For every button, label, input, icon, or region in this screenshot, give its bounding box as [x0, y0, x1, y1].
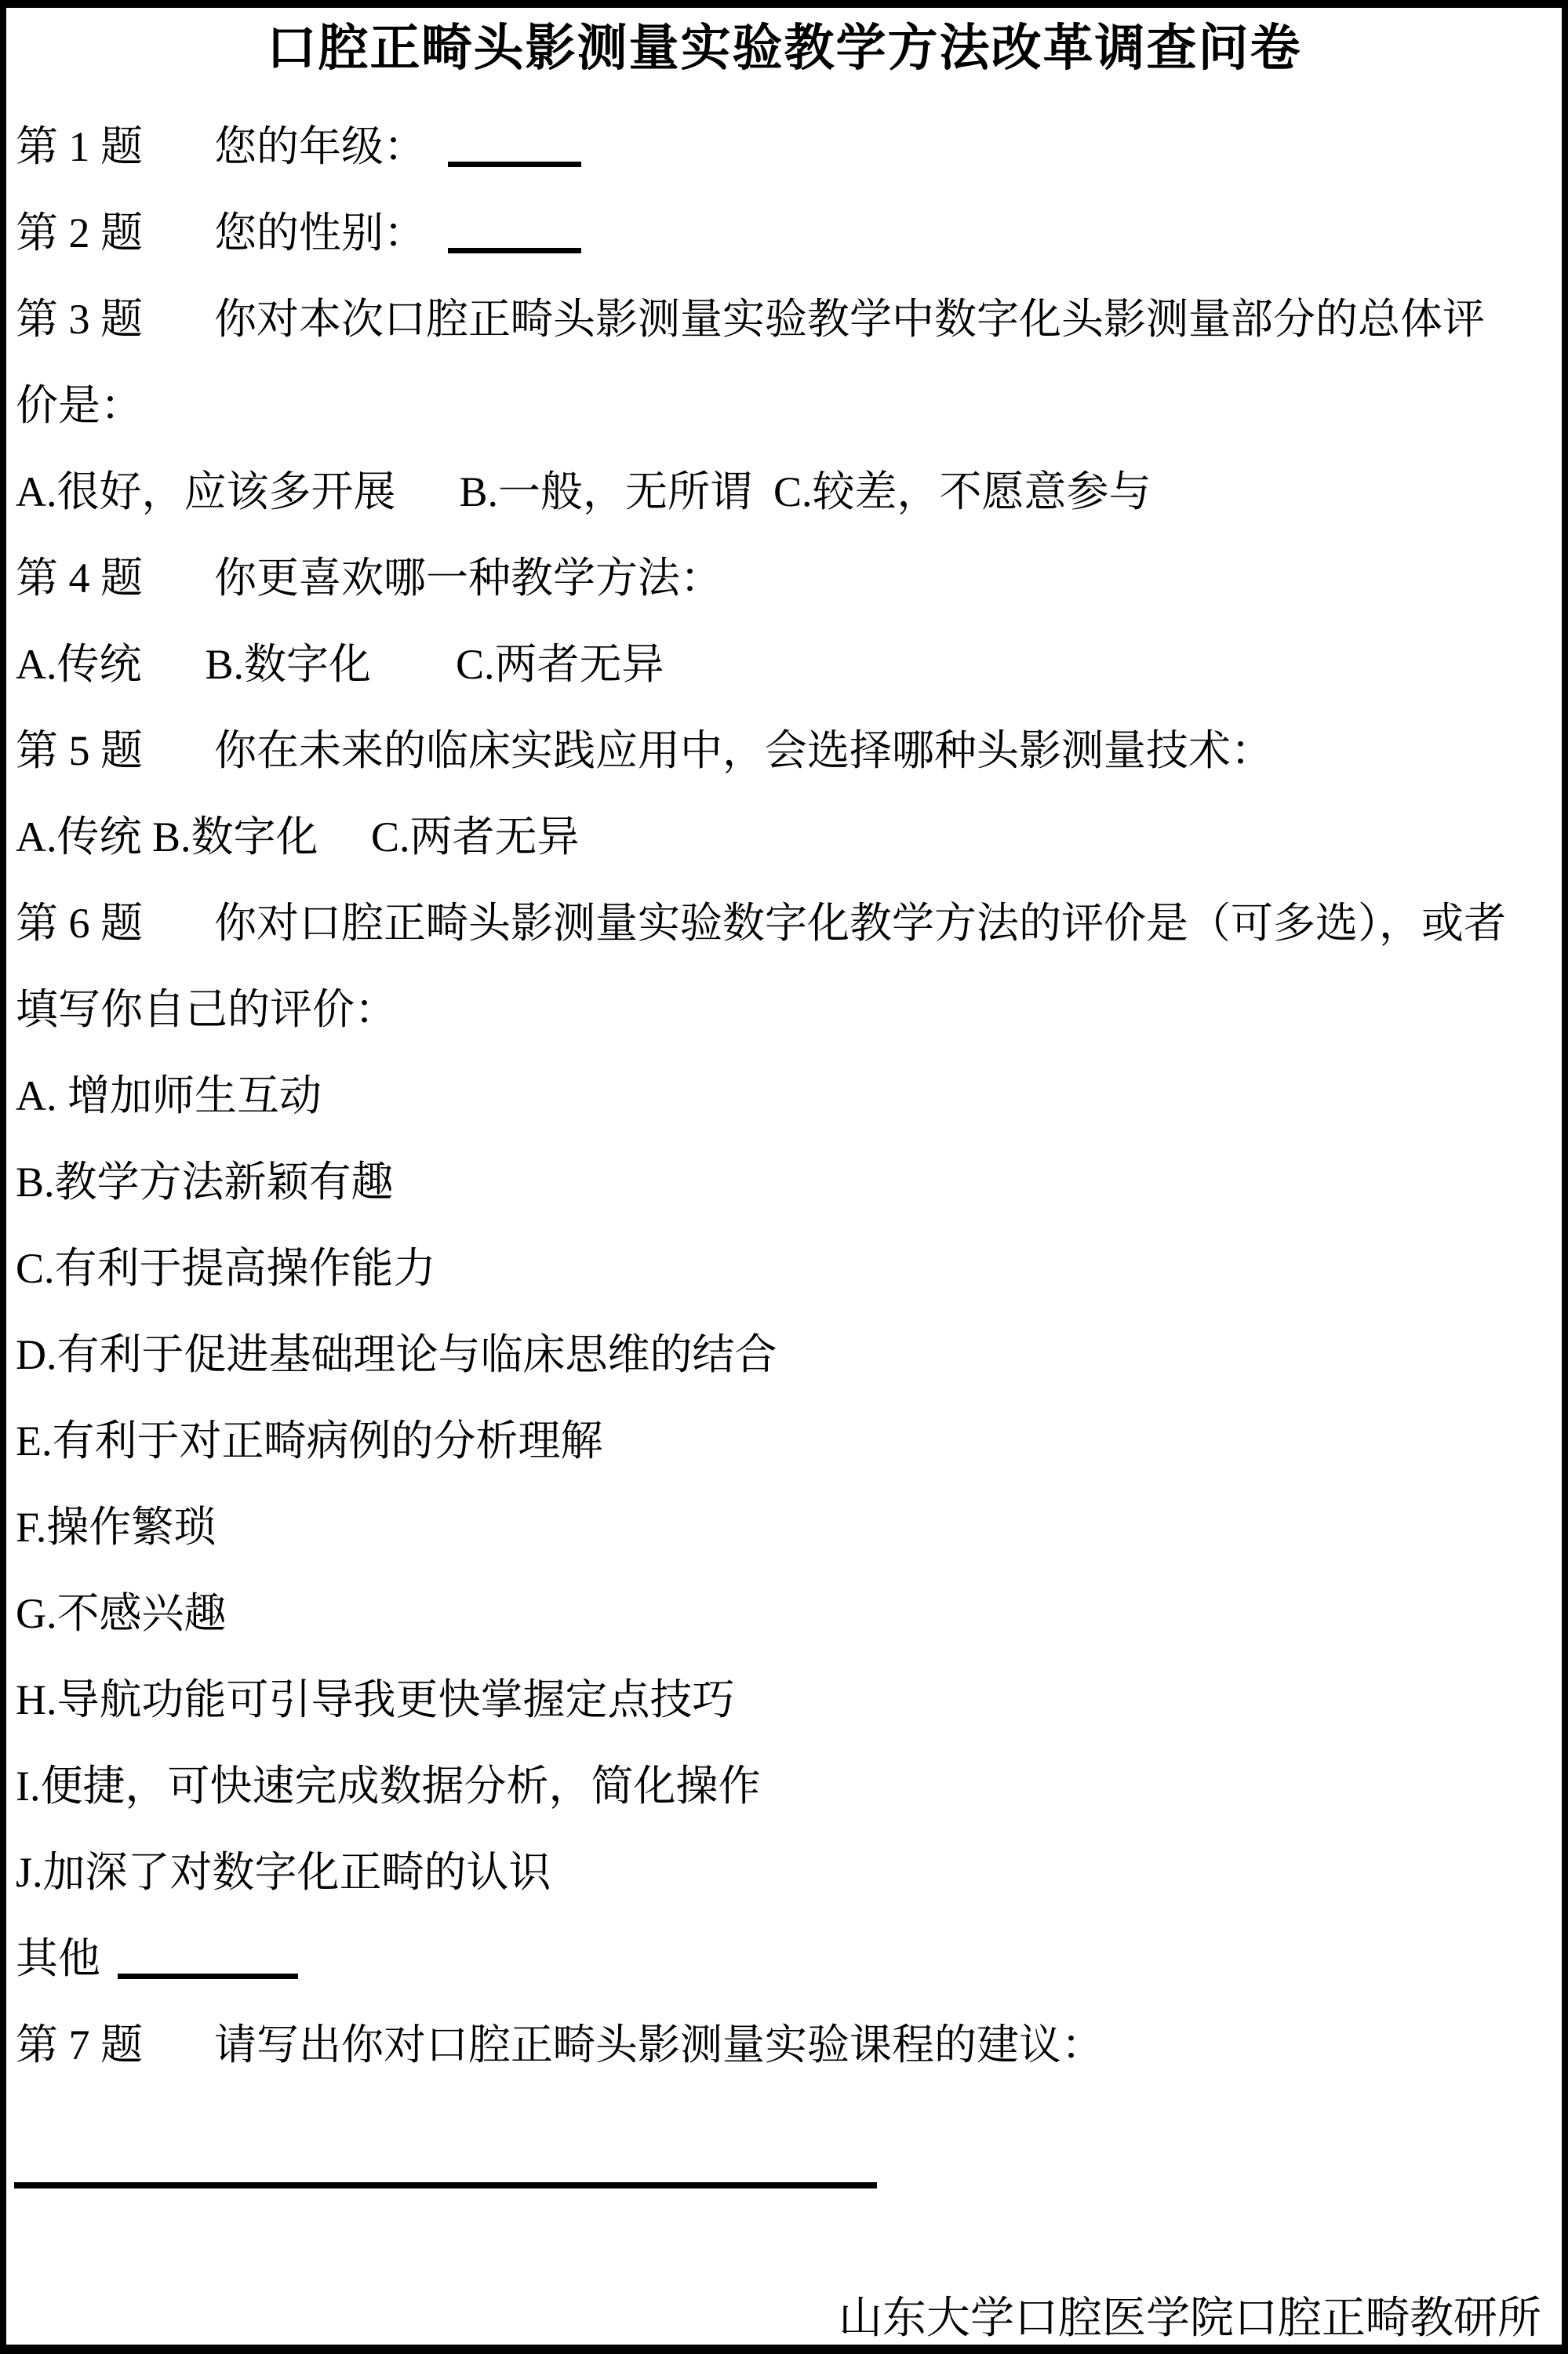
question-5-options-row: A.传统 B.数字化 C.两者无异	[6, 794, 1562, 880]
question-7-number: 第 7 题	[16, 2002, 214, 2088]
question-5-text: 你在未来的临床实践应用中，会选择哪种头影测量技术：	[214, 727, 1273, 774]
q6-option-e: E.有利于对正畸病例的分析理解	[6, 1398, 1562, 1484]
question-6-text-line2: 填写你自己的评价：	[16, 986, 397, 1033]
question-3-text-line1: 你对本次口腔正畸头影测量实验教学中数字化头影测量部分的总体评	[214, 296, 1485, 343]
question-list: 第 1 题您的年级： 第 2 题您的性别： 第 3 题你对本次口腔正畸头影测量实…	[6, 104, 1562, 2088]
q6-option-g: G.不感兴趣	[6, 1570, 1562, 1657]
question-6-text-line1: 你对口腔正畸头影测量实验数字化教学方法的评价是（可多选），或者	[214, 900, 1506, 947]
q6-option-f-text: F.操作繁琐	[16, 1504, 216, 1551]
q6-option-b: B.教学方法新颖有趣	[6, 1139, 1562, 1225]
q6-option-j: J.加深了对数字化正畸的认识	[6, 1829, 1562, 1916]
question-4-number: 第 4 题	[16, 535, 214, 621]
q6-option-d-text: D.有利于促进基础理论与临床思维的结合	[16, 1331, 777, 1378]
question-4-options-row: A.传统 B.数字化 C.两者无异	[6, 621, 1562, 708]
q6-option-i: I.便捷，可快速完成数据分析，简化操作	[6, 1743, 1562, 1829]
q6-other-answer-blank[interactable]	[118, 1974, 298, 1979]
question-3-row-continued: 价是：	[6, 362, 1562, 449]
question-1-text: 您的年级：	[214, 123, 426, 170]
q6-option-h-text: H.导航功能可引导我更快掌握定点技巧	[16, 1676, 735, 1723]
question-4-row: 第 4 题你更喜欢哪一种教学方法：	[6, 535, 1562, 621]
q6-option-i-text: I.便捷，可快速完成数据分析，简化操作	[16, 1763, 760, 1810]
question-7-answer-line[interactable]	[14, 2088, 877, 2188]
question-3-number: 第 3 题	[16, 276, 214, 362]
question-6-row-continued: 填写你自己的评价：	[6, 966, 1562, 1053]
question-5-number: 第 5 题	[16, 708, 214, 794]
question-2-number: 第 2 题	[16, 190, 214, 276]
q6-option-c-text: C.有利于提高操作能力	[16, 1245, 436, 1292]
q6-other-row: 其他	[6, 1916, 1562, 2002]
question-7-row: 第 7 题请写出你对口腔正畸头影测量实验课程的建议：	[6, 2002, 1562, 2088]
question-1-number: 第 1 题	[16, 104, 214, 190]
question-4-text: 你更喜欢哪一种教学方法：	[214, 555, 722, 602]
question-3-row: 第 3 题你对本次口腔正畸头影测量实验教学中数字化头影测量部分的总体评	[6, 276, 1562, 362]
q6-option-e-text: E.有利于对正畸病例的分析理解	[16, 1417, 602, 1464]
question-7-answer-area	[6, 2088, 1562, 2188]
question-1-row: 第 1 题您的年级：	[6, 104, 1562, 190]
question-2-row: 第 2 题您的性别：	[6, 190, 1562, 276]
q6-option-g-text: G.不感兴趣	[16, 1590, 227, 1637]
q6-option-a-text: A. 增加师生互动	[16, 1072, 322, 1119]
q6-option-h: H.导航功能可引导我更快掌握定点技巧	[6, 1657, 1562, 1743]
q6-option-c: C.有利于提高操作能力	[6, 1225, 1562, 1312]
question-1-answer-blank[interactable]	[448, 162, 581, 167]
footer-organization: 山东大学口腔医学院口腔正畸教研所	[6, 2297, 1562, 2341]
question-3-options-row: A.很好，应该多开展 B.一般，无所谓 C.较差，不愿意参与	[6, 449, 1562, 535]
question-5-options: A.传统 B.数字化 C.两者无异	[16, 813, 580, 860]
question-6-row: 第 6 题你对口腔正畸头影测量实验数字化教学方法的评价是（可多选），或者	[6, 880, 1562, 966]
q6-option-f: F.操作繁琐	[6, 1484, 1562, 1570]
question-4-options: A.传统 B.数字化 C.两者无异	[16, 641, 664, 688]
q6-option-d: D.有利于促进基础理论与临床思维的结合	[6, 1312, 1562, 1398]
questionnaire-page: 口腔正畸头影测量实验教学方法改革调查问卷 第 1 题您的年级： 第 2 题您的性…	[0, 0, 1568, 2354]
question-3-text-line2: 价是：	[16, 382, 143, 429]
question-2-text: 您的性别：	[214, 209, 426, 257]
question-5-row: 第 5 题你在未来的临床实践应用中，会选择哪种头影测量技术：	[6, 708, 1562, 794]
question-3-options: A.很好，应该多开展 B.一般，无所谓 C.较差，不愿意参与	[16, 468, 1151, 515]
question-7-text: 请写出你对口腔正畸头影测量实验课程的建议：	[214, 2021, 1104, 2068]
q6-option-j-text: J.加深了对数字化正畸的认识	[16, 1849, 551, 1896]
q6-option-a: A. 增加师生互动	[6, 1053, 1562, 1139]
q6-option-b-text: B.教学方法新颖有趣	[16, 1159, 394, 1206]
question-6-number: 第 6 题	[16, 880, 214, 966]
questionnaire-title: 口腔正畸头影测量实验教学方法改革调查问卷	[6, 8, 1562, 82]
question-2-answer-blank[interactable]	[448, 248, 581, 253]
q6-other-label: 其他	[16, 1935, 100, 1982]
